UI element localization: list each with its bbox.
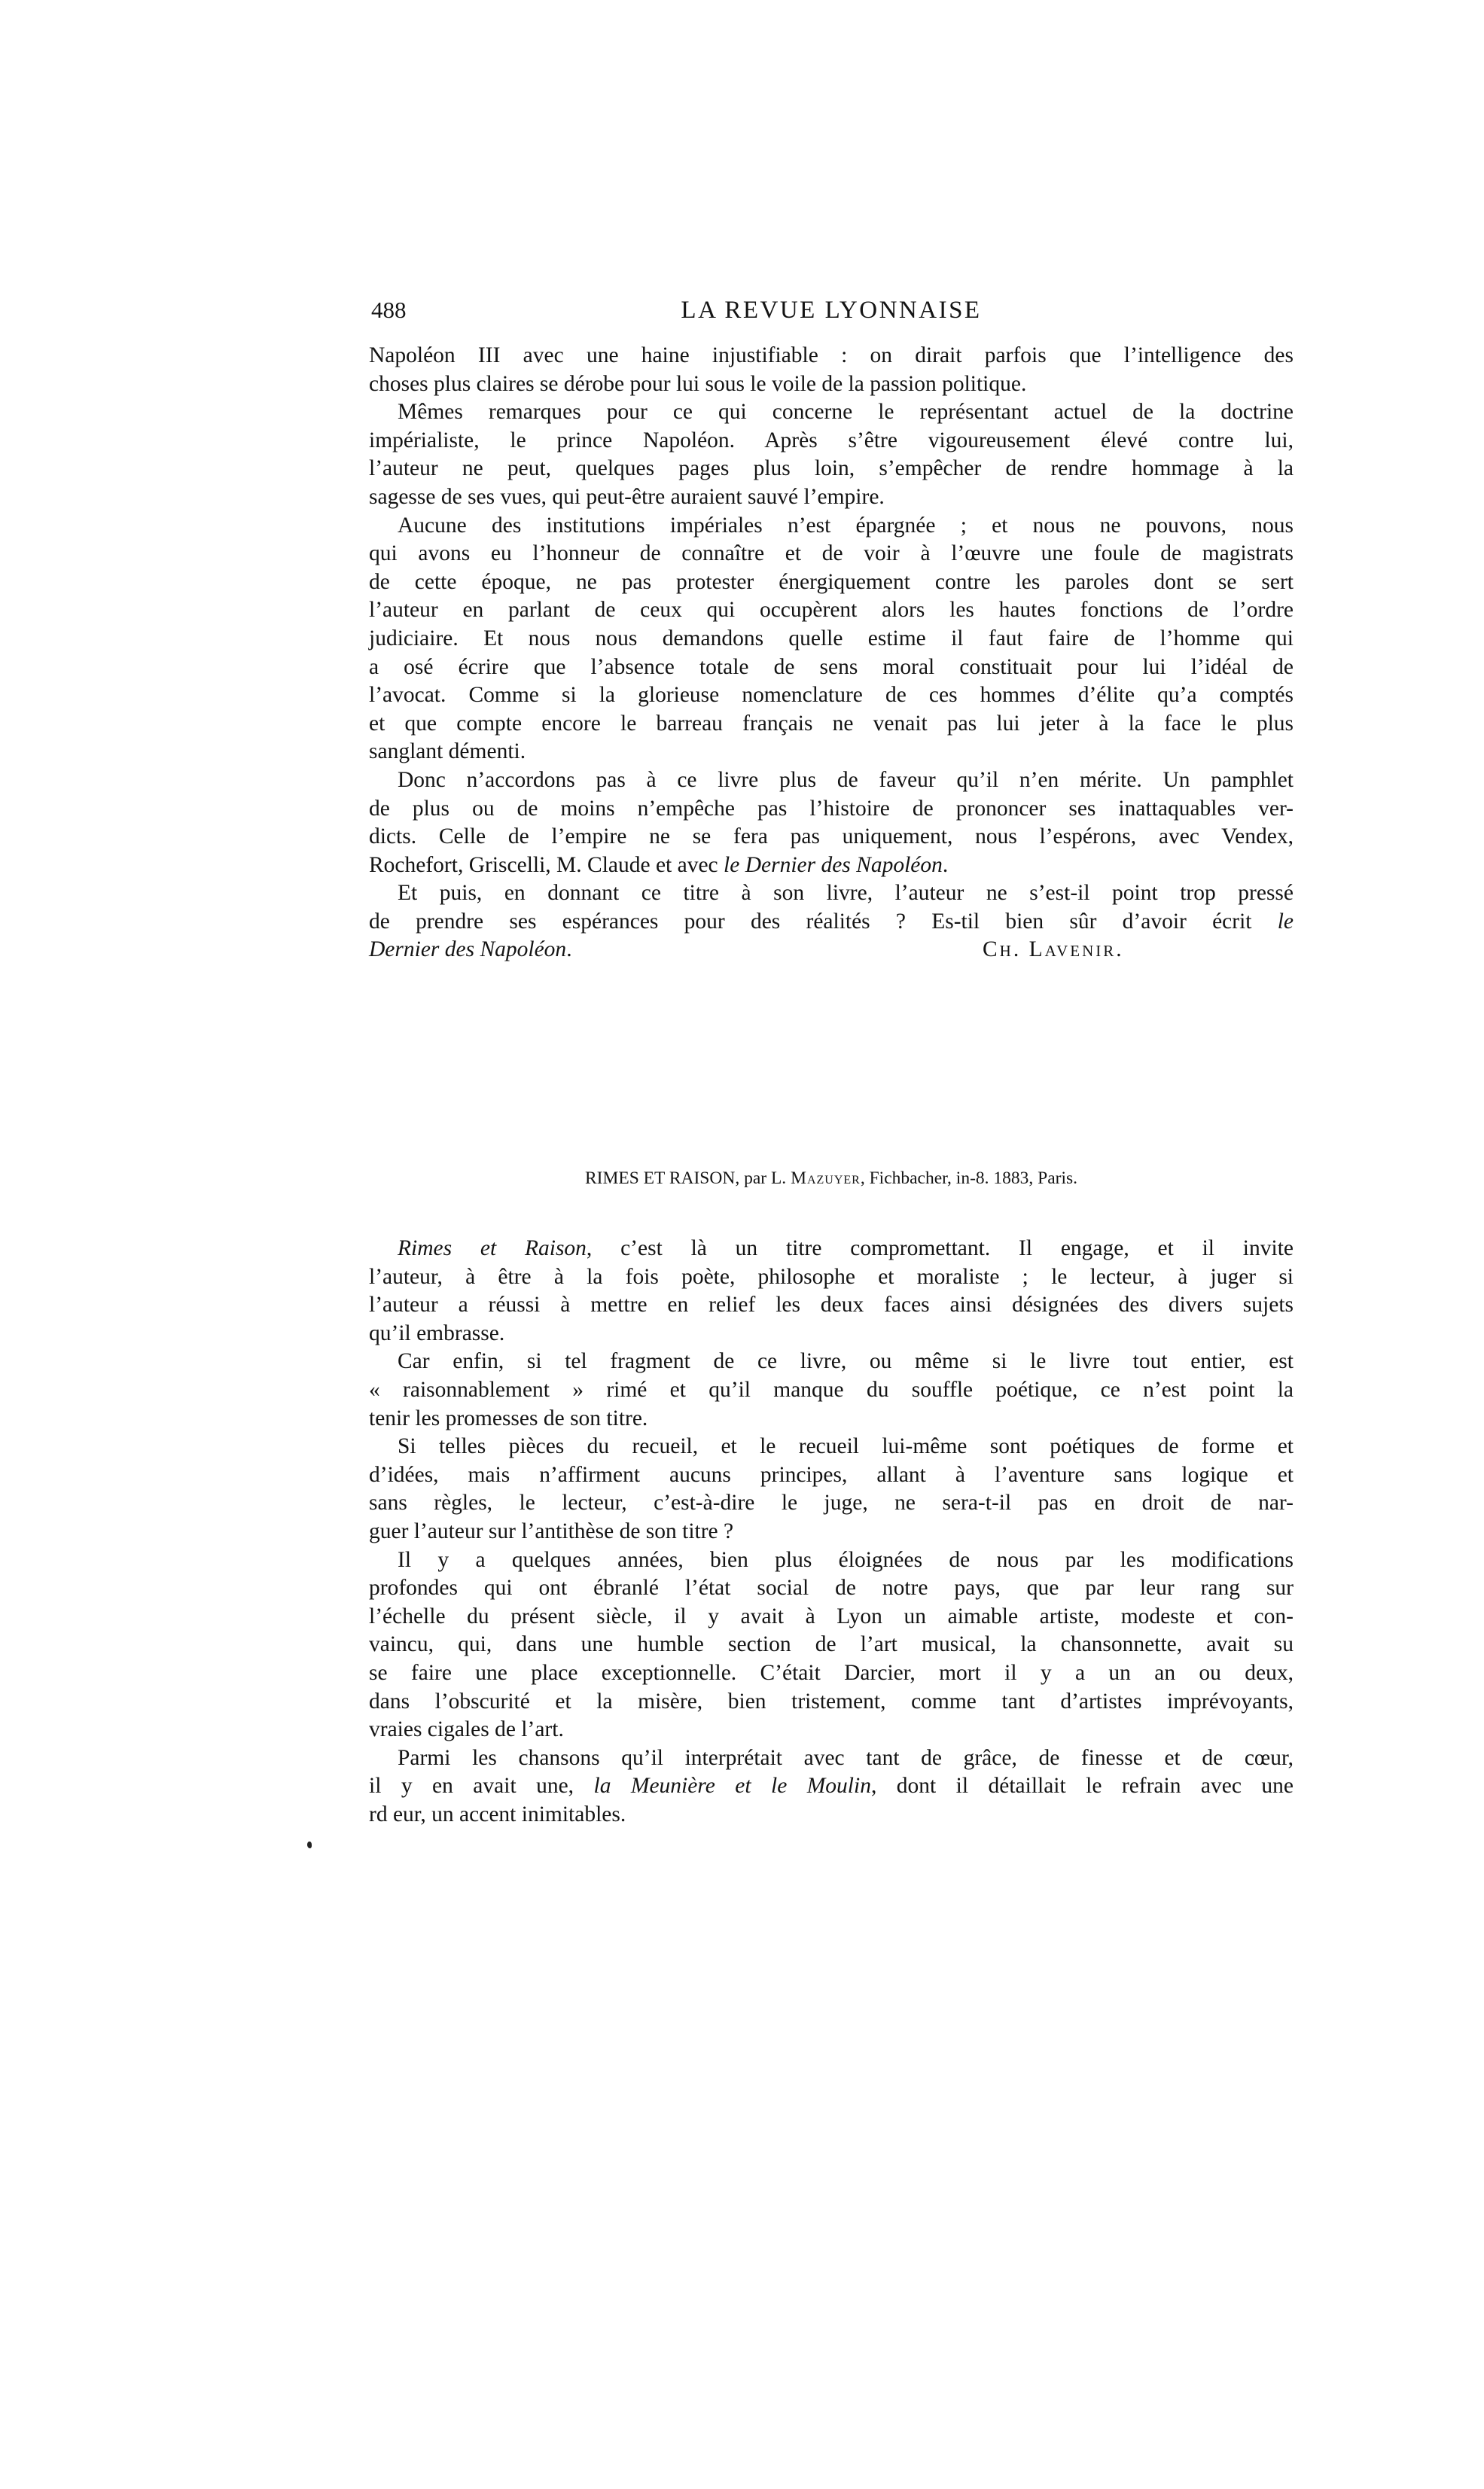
text-line: l’auteur a réussi à mettre en relief les… [369, 1291, 1294, 1320]
review-1-text: Napoléon III avec une haine injustifiabl… [369, 342, 1294, 964]
text-line: sagesse de ses vues, qui peut-être aurai… [369, 483, 1294, 512]
text-fragment: . [566, 937, 571, 961]
text-line: dicts. Celle de l’empire ne se fera pas … [369, 823, 1294, 851]
text-line: sans règles, le lecteur, c’est-à-dire le… [369, 1489, 1294, 1518]
text-line: Si telles pièces du recueil, et le recue… [369, 1433, 1294, 1461]
text-line: Car enfin, si tel fragment de ce livre, … [369, 1348, 1294, 1376]
book-notice: RIMES ET RAISON, par L. Mazuyer, Fichbac… [369, 1165, 1294, 1191]
text-fragment: , c’est là un titre compromettant. Il en… [587, 1236, 1294, 1260]
author-signature: Ch. Lavenir. [983, 936, 1124, 964]
text-line: impérialiste, le prince Napoléon. Après … [369, 427, 1294, 455]
text-line: Aucune des institutions impériales n’est… [369, 512, 1294, 541]
text-line: vaincu, qui, dans une humble section de … [369, 1631, 1294, 1659]
text-fragment: , dont il détaillait le refrain avec une [871, 1774, 1294, 1798]
book-title: RIMES ET RAISON [585, 1168, 735, 1188]
text-line: Rimes et Raison, c’est là un titre compr… [369, 1235, 1294, 1263]
text-line: de plus ou de moins n’empêche pas l’hist… [369, 795, 1294, 824]
book-title-italic: le [1278, 909, 1294, 934]
text-line: tenir les promesses de son titre. [369, 1405, 1294, 1433]
text-line: il y en avait une, la Meunière et le Mou… [369, 1772, 1294, 1801]
text-line: l’auteur en parlant de ceux qui occupère… [369, 596, 1294, 625]
text-line: l’auteur, à être à la fois poète, philos… [369, 1263, 1294, 1292]
text-line: Donc n’accordons pas à ce livre plus de … [369, 766, 1294, 795]
book-title-italic: Rimes et Raison [398, 1236, 587, 1260]
text-line: de prendre ses espérances pour des réali… [369, 908, 1294, 937]
text-fragment: Rochefort, Griscelli, M. Claude et avec [369, 853, 724, 877]
song-title-italic: la Meunière et le Moulin [594, 1774, 871, 1798]
text-line: d’idées, mais n’affirment aucuns princip… [369, 1461, 1294, 1490]
text-line: sanglant démenti. [369, 738, 1294, 766]
text-line: Et puis, en donnant ce titre à son livre… [369, 879, 1294, 908]
text-line: qui avons eu l’honneur de connaître et d… [369, 540, 1294, 568]
scan-speck [307, 1842, 312, 1848]
book-author: Mazuyer [791, 1168, 861, 1188]
text-line: « raisonnablement » rimé et qu’il manque… [369, 1376, 1294, 1405]
text-line: profondes qui ont ébranlé l’état social … [369, 1574, 1294, 1603]
text-line: de cette époque, ne pas protester énergi… [369, 568, 1294, 597]
book-title-italic: Dernier des Napoléon [369, 937, 566, 961]
text-line: se faire une place exceptionnelle. C’éta… [369, 1659, 1294, 1688]
text-line: judiciaire. Et nous nous demandons quell… [369, 625, 1294, 653]
text-line: Il y a quelques années, bien plus éloign… [369, 1546, 1294, 1575]
text-line: Parmi les chansons qu’il interprétait av… [369, 1744, 1294, 1773]
review-2-text: Rimes et Raison, c’est là un titre compr… [369, 1235, 1294, 1829]
text-line: vraies cigales de l’art. [369, 1716, 1294, 1744]
scanned-page: 488 LA REVUE LYONNAISE Napoléon III avec… [0, 0, 1484, 2489]
book-title-italic: le Dernier des Napoléon [724, 853, 943, 877]
text-line: Rochefort, Griscelli, M. Claude et avec … [369, 851, 1294, 880]
text-fragment: . [943, 853, 948, 877]
journal-title: LA REVUE LYONNAISE [369, 292, 1294, 328]
text-line: l’avocat. Comme si la glorieuse nomencla… [369, 681, 1294, 710]
text-line: Napoléon III avec une haine injustifiabl… [369, 342, 1294, 370]
text-line: Mêmes remarques pour ce qui concerne le … [369, 398, 1294, 427]
text-line: et que compte encore le barreau français… [369, 710, 1294, 739]
text-line: qu’il embrasse. [369, 1320, 1294, 1348]
text-line: l’échelle du présent siècle, il y avait … [369, 1603, 1294, 1631]
text-line: a osé écrire que l’absence totale de sen… [369, 653, 1294, 682]
text-line: dans l’obscurité et la misère, bien tris… [369, 1688, 1294, 1717]
text-line: rd eur, un accent inimitables. [369, 1801, 1294, 1829]
notice-publisher: , Fichbacher, in-8. 1883, Paris. [861, 1168, 1077, 1188]
notice-by: , par L. [735, 1168, 791, 1188]
running-head: 488 LA REVUE LYONNAISE [369, 292, 1294, 328]
text-line-with-signature: Dernier des Napoléon.Ch. Lavenir. [369, 936, 1294, 964]
text-fragment: de prendre ses espérances pour des réali… [369, 909, 1278, 934]
text-fragment: il y en avait une, [369, 1774, 594, 1798]
text-line: guer l’auteur sur l’antithèse de son tit… [369, 1518, 1294, 1546]
text-line: l’auteur ne peut, quelques pages plus lo… [369, 455, 1294, 483]
text-line: choses plus claires se dérobe pour lui s… [369, 370, 1294, 399]
